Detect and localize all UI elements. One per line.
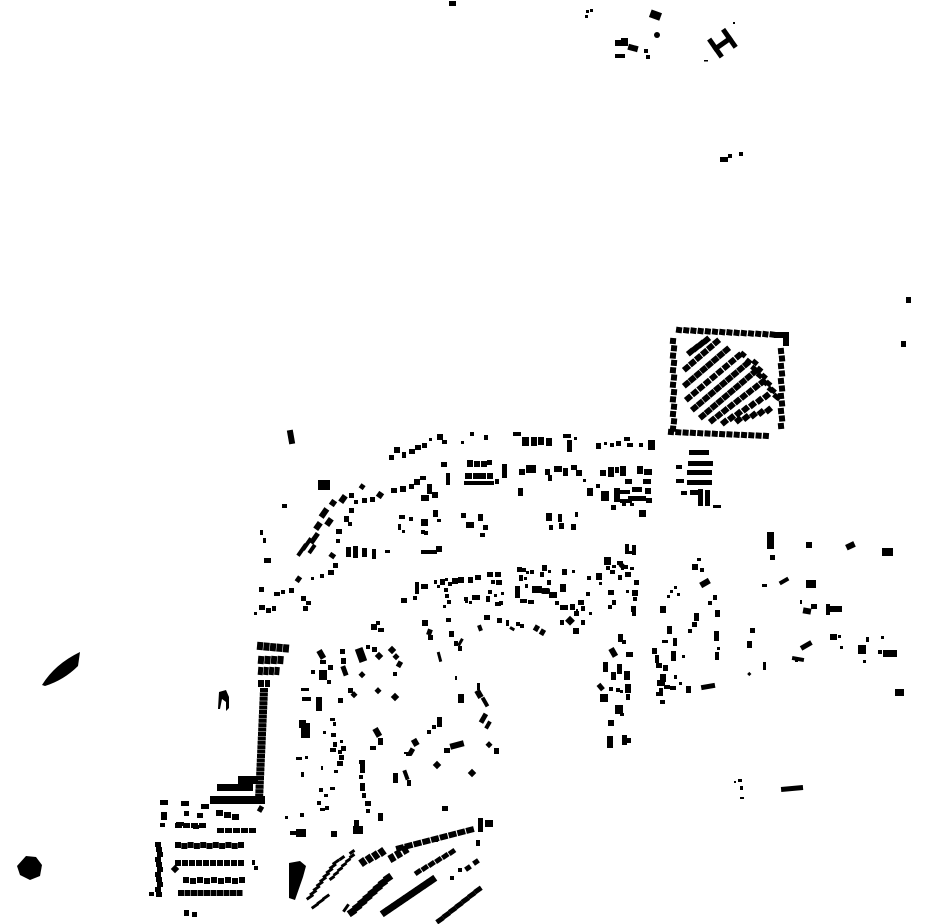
building-footprint-map (0, 0, 930, 924)
map-background (0, 0, 930, 924)
